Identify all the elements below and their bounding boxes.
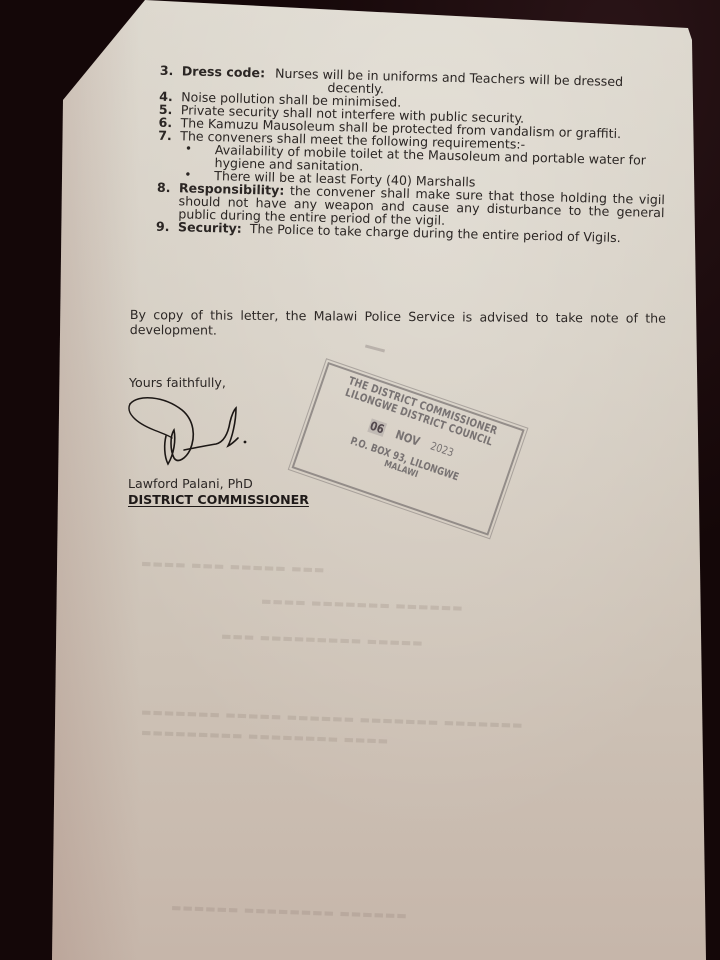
list-number: 5. [127,102,181,116]
stamp-date-day: 06 [367,418,387,436]
item-label: Security: [178,219,242,236]
item-label: Dress code: [182,63,266,80]
list-number: 3. [128,63,182,77]
handwritten-signature [124,392,259,472]
closing-salutation: Yours faithfully, [129,375,226,390]
list-number: 9. [124,219,178,233]
stamp-date-month: NOV [394,427,422,448]
list-number: 6. [126,115,180,129]
stamp-date-year: 2023 [428,439,455,460]
list-number: 4. [127,89,181,103]
conditions-list: 3. Dress code: Nurses will be in uniform… [124,63,668,245]
list-number: 8. [125,180,179,194]
copy-notice-paragraph: By copy of this letter, the Malawi Polic… [130,307,666,341]
bullet-icon: • [181,142,215,156]
signer-title: DISTRICT COMMISSIONER [128,492,309,507]
list-number: 7. [126,128,180,142]
signer-name: Lawford Palani, PhD [128,476,253,491]
